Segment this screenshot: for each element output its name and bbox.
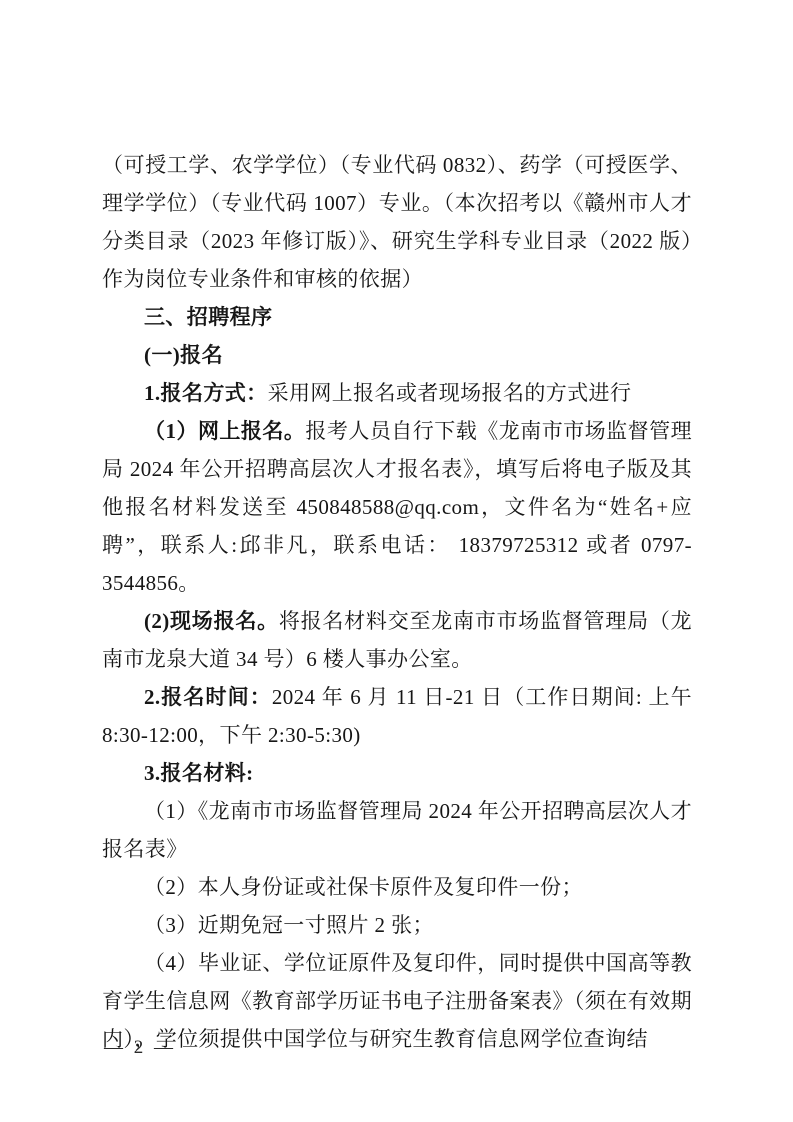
paragraph: （可授工学、农学学位）（专业代码 0832）、药学（可授医学、理学学位）（专业代… [102, 146, 692, 298]
paragraph: 3.报名材料: [102, 754, 692, 792]
text-run: （1）《龙南市市场监督管理局 2024 年公开招聘高层次人才报名表》 [102, 799, 692, 861]
paragraph: （4）毕业证、学位证原件及复印件，同时提供中国高等教育学生信息网《教育部学历证书… [102, 944, 692, 1058]
text-run: 采用网上报名或者现场报名的方式进行 [268, 381, 632, 405]
text-run: （2）本人身份证或社保卡原件及复印件一份； [144, 875, 583, 899]
text-run: 1.报名方式： [144, 381, 268, 405]
paragraph: （2）本人身份证或社保卡原件及复印件一份； [102, 868, 692, 906]
paragraph: 2.报名时间：2024 年 6 月 11 日-21 日（工作日期间: 上午 8:… [102, 678, 692, 754]
text-run: （1）网上报名。 [144, 419, 305, 443]
paragraph: (2)现场报名。将报名材料交至龙南市市场监督管理局（龙南市龙泉大道 34 号）6… [102, 602, 692, 678]
paragraph: 三、招聘程序 [102, 298, 692, 336]
text-run: (一)报名 [144, 343, 223, 367]
text-run: （可授工学、农学学位）（专业代码 0832）、药学（可授医学、理学学位）（专业代… [102, 153, 692, 291]
text-run: 3.报名材料: [144, 761, 254, 785]
paragraph: （1）网上报名。报考人员自行下载《龙南市市场监督管理局 2024 年公开招聘高层… [102, 412, 692, 602]
text-run: （3）近期免冠一寸照片 2 张； [144, 913, 434, 937]
text-run: (2)现场报名。 [144, 609, 279, 633]
document-page: （可授工学、农学学位）（专业代码 0832）、药学（可授医学、理学学位）（专业代… [0, 0, 793, 1122]
text-run: 三、招聘程序 [144, 305, 272, 329]
paragraph: （3）近期免冠一寸照片 2 张； [102, 906, 692, 944]
text-run: （4）毕业证、学位证原件及复印件，同时提供中国高等教育学生信息网《教育部学历证书… [102, 951, 692, 1051]
paragraph: 1.报名方式：采用网上报名或者现场报名的方式进行 [102, 374, 692, 412]
paragraph: （1）《龙南市市场监督管理局 2024 年公开招聘高层次人才报名表》 [102, 792, 692, 868]
text-run: 报考人员自行下载《龙南市市场监督管理局 2024 年公开招聘高层次人才报名表》，… [102, 419, 692, 595]
page-number: — 2 — [104, 1036, 176, 1060]
text-run: 2.报名时间： [144, 685, 272, 709]
document-body: （可授工学、农学学位）（专业代码 0832）、药学（可授医学、理学学位）（专业代… [102, 146, 692, 1058]
paragraph: (一)报名 [102, 336, 692, 374]
